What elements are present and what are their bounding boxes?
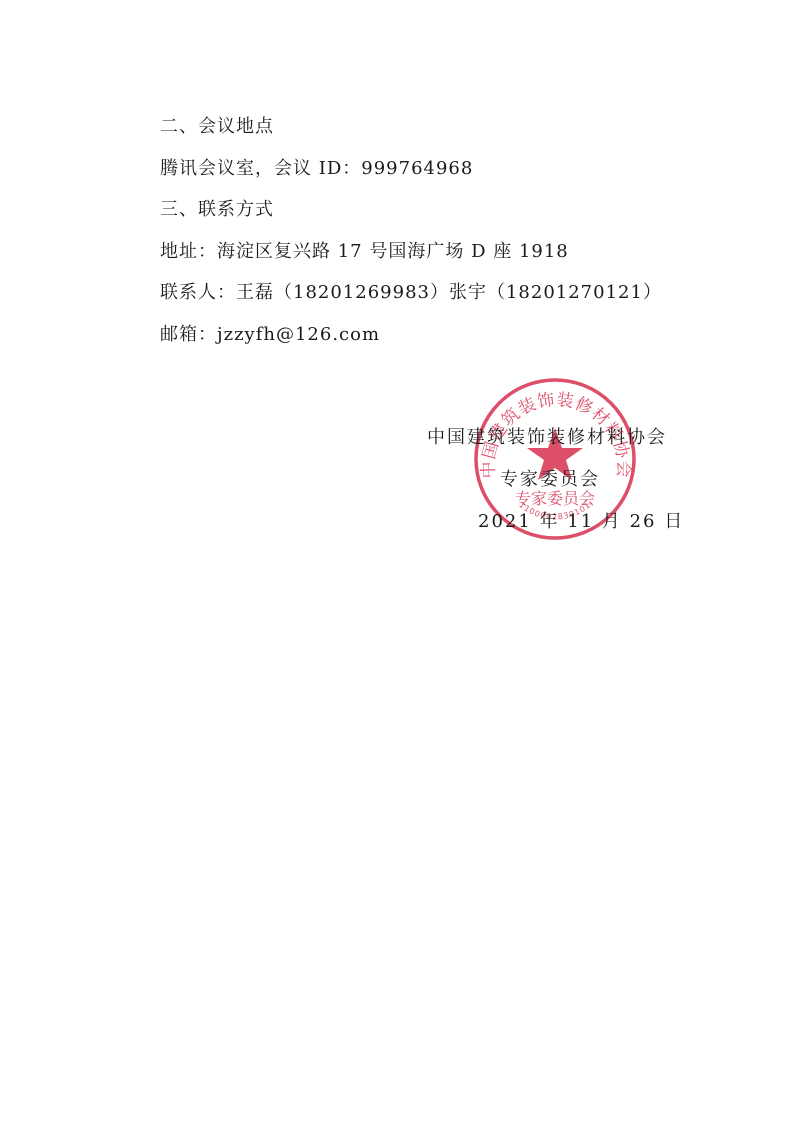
signature-committee: 专家委员会 xyxy=(500,468,600,492)
contact-heading: 三、联系方式 xyxy=(160,198,274,222)
signature-organization: 中国建筑装饰装修材料协会 xyxy=(427,426,667,450)
document-page: 二、会议地点 腾讯会议室，会议 ID：999764968 三、联系方式 地址：海… xyxy=(0,0,794,1122)
contacts-line: 联系人：王磊（18201269983）张宇（18201270121） xyxy=(160,281,662,305)
location-heading: 二、会议地点 xyxy=(160,115,274,139)
address-line: 地址：海淀区复兴路 17 号国海广场 D 座 1918 xyxy=(160,240,569,264)
location-detail: 腾讯会议室，会议 ID：999764968 xyxy=(160,157,473,181)
signature-date: 2021 年 11 月 26 日 xyxy=(478,510,684,534)
email-line: 邮箱：jzzyfh@126.com xyxy=(160,323,380,347)
